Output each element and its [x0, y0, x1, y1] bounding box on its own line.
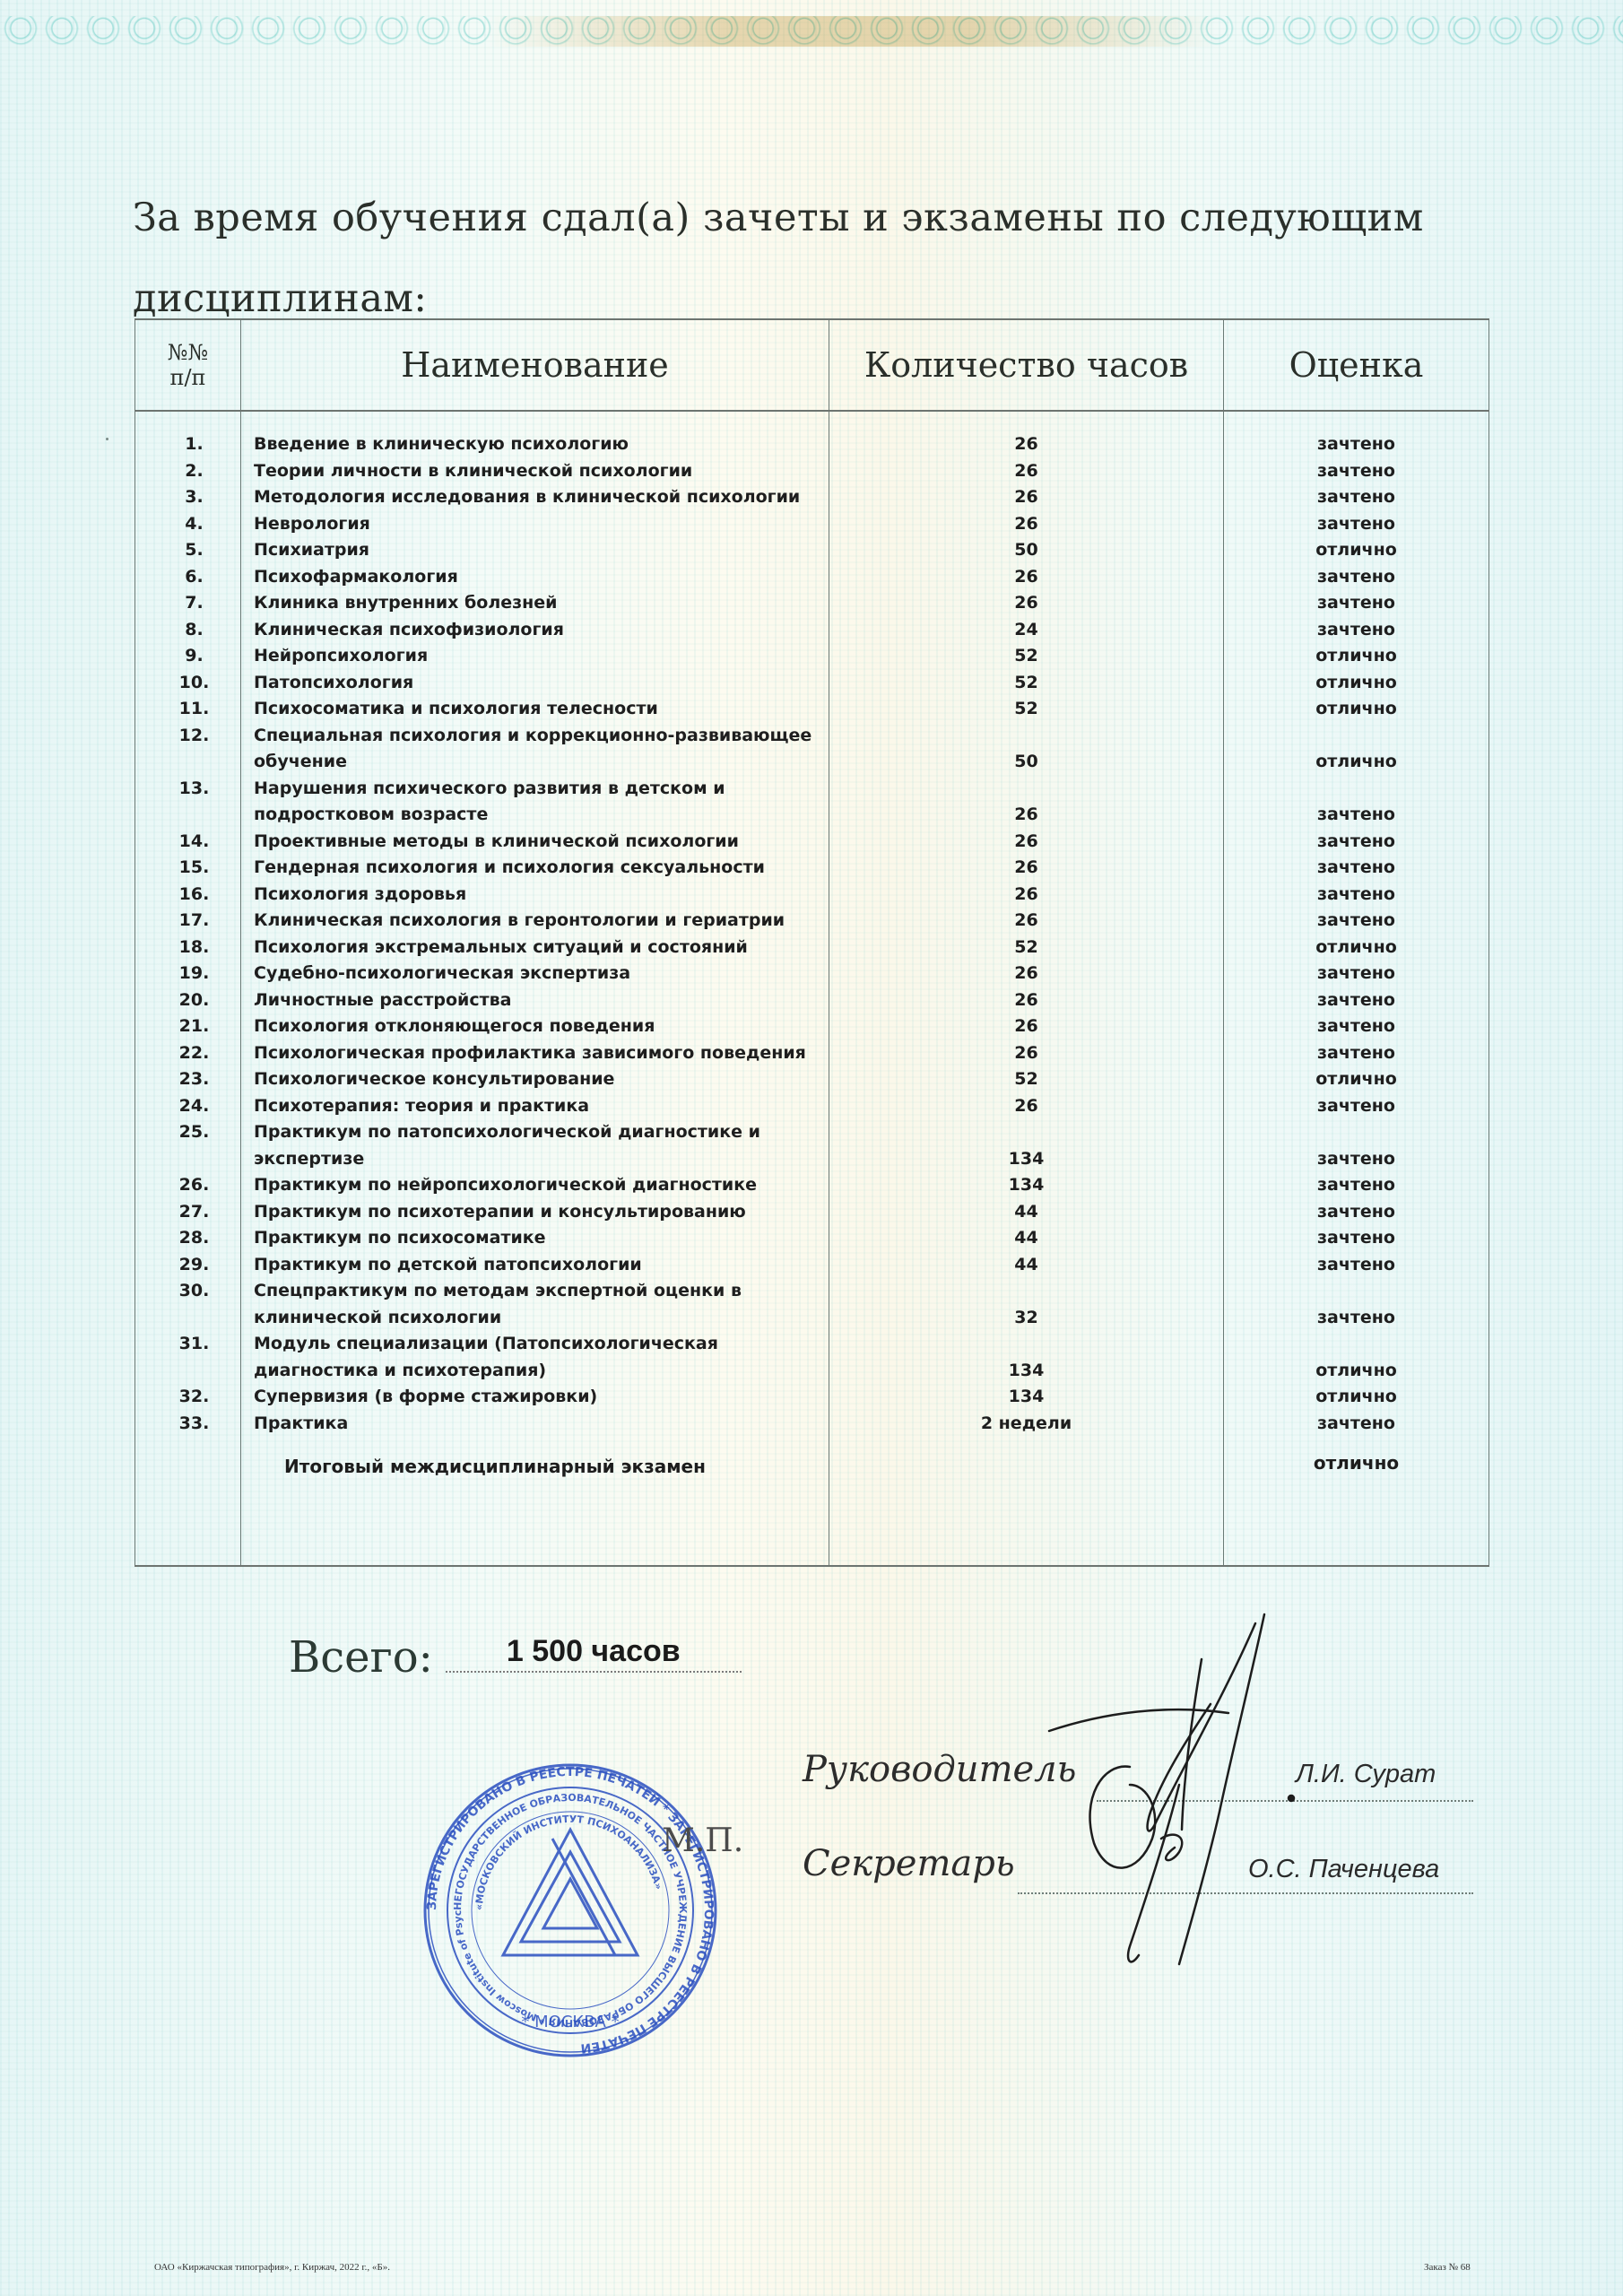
- row-grade: зачтено: [1224, 1093, 1488, 1120]
- row-number: 4.: [135, 511, 240, 538]
- grades-table: №№п/п Наименование Количество часов Оцен…: [135, 318, 1489, 1567]
- handwritten-signature-icon: [995, 1605, 1354, 2018]
- row-hours: [829, 1278, 1223, 1305]
- header-number: №№п/п: [135, 319, 241, 411]
- row-hours: 32: [829, 1305, 1223, 1332]
- row-number: 8.: [135, 617, 240, 644]
- row-number: 14.: [135, 829, 240, 856]
- row-hours: 52: [829, 935, 1223, 961]
- row-number: 29.: [135, 1252, 240, 1279]
- row-grade: зачтено: [1224, 908, 1488, 935]
- row-number: 26.: [135, 1172, 240, 1199]
- row-number: 18.: [135, 935, 240, 961]
- row-number: 16.: [135, 882, 240, 909]
- row-grade: [1224, 1278, 1488, 1305]
- row-discipline-name: Психиатрия: [241, 537, 829, 564]
- row-grade: зачтено: [1224, 617, 1488, 644]
- row-discipline-name: Клиническая психология в геронтологии и …: [241, 908, 829, 935]
- row-grade: зачтено: [1224, 1411, 1488, 1438]
- grade-column: зачтенозачтенозачтенозачтеноотличнозачте…: [1224, 411, 1489, 1566]
- row-hours: 26: [829, 1013, 1223, 1040]
- row-number: 24.: [135, 1093, 240, 1120]
- row-grade: зачтено: [1224, 1172, 1488, 1199]
- row-discipline-name: Спецпрактикум по методам экспертной оцен…: [241, 1278, 829, 1305]
- row-discipline-name: Теории личности в клинической психологии: [241, 458, 829, 485]
- row-hours: 26: [829, 484, 1223, 511]
- row-grade: зачтено: [1224, 1225, 1488, 1252]
- row-grade: зачтено: [1224, 1252, 1488, 1279]
- row-grade: зачтено: [1224, 802, 1488, 829]
- secretary-name: О.С. Паченцева: [1248, 1855, 1439, 1884]
- row-discipline-name: Психологическое консультирование: [241, 1066, 829, 1093]
- row-discipline-name: Патопсихология: [241, 670, 829, 697]
- row-discipline-name: обучение: [241, 749, 829, 776]
- page-heading: За время обучения сдал(а) зачеты и экзам…: [133, 178, 1496, 339]
- row-number: 28.: [135, 1225, 240, 1252]
- row-number: 2.: [135, 458, 240, 485]
- row-number: 9.: [135, 643, 240, 670]
- row-discipline-name: Модуль специализации (Патопсихологическа…: [241, 1331, 829, 1358]
- row-hours: 26: [829, 961, 1223, 987]
- row-hours: 52: [829, 1066, 1223, 1093]
- row-hours: 2 недели: [829, 1411, 1223, 1438]
- row-discipline-name: Психофармакология: [241, 564, 829, 591]
- row-hours: 52: [829, 643, 1223, 670]
- row-hours: 134: [829, 1384, 1223, 1411]
- row-hours: 44: [829, 1199, 1223, 1226]
- row-grade: зачтено: [1224, 564, 1488, 591]
- row-number: 12.: [135, 723, 240, 750]
- row-hours: 26: [829, 564, 1223, 591]
- head-signature-row: Руководитель: [803, 1749, 1076, 1790]
- row-number: 13.: [135, 776, 240, 803]
- row-discipline-name: Нейропсихология: [241, 643, 829, 670]
- triangle-logo-icon: [503, 1830, 638, 1955]
- row-number: 25.: [135, 1119, 240, 1146]
- row-grade: зачтено: [1224, 1199, 1488, 1226]
- row-number: [135, 749, 240, 776]
- row-number: 1.: [135, 431, 240, 458]
- row-discipline-name: экспертизе: [241, 1146, 829, 1173]
- header-grade: Оценка: [1224, 319, 1489, 411]
- row-discipline-name: Практика: [241, 1411, 829, 1438]
- row-grade: отлично: [1224, 1358, 1488, 1385]
- row-grade: зачтено: [1224, 882, 1488, 909]
- row-grade: зачтено: [1224, 1013, 1488, 1040]
- row-number: 5.: [135, 537, 240, 564]
- row-hours: 26: [829, 458, 1223, 485]
- row-grade: [1224, 1119, 1488, 1146]
- secretary-role: Секретарь: [803, 1843, 1015, 1884]
- row-number: [135, 1358, 240, 1385]
- row-discipline-name: Нарушения психического развития в детско…: [241, 776, 829, 803]
- row-number: 27.: [135, 1199, 240, 1226]
- row-hours: 26: [829, 829, 1223, 856]
- row-number: [135, 1305, 240, 1332]
- row-discipline-name: Практикум по детской патопсихологии: [241, 1252, 829, 1279]
- row-discipline-name: Клиника внутренних болезней: [241, 590, 829, 617]
- row-grade: отлично: [1224, 1384, 1488, 1411]
- row-grade: отлично: [1224, 670, 1488, 697]
- row-hours: 44: [829, 1252, 1223, 1279]
- row-grade: зачтено: [1224, 484, 1488, 511]
- row-grade: [1224, 776, 1488, 803]
- row-grade: отлично: [1224, 696, 1488, 723]
- secretary-signature-line: [1018, 1892, 1473, 1894]
- row-number: 22.: [135, 1040, 240, 1067]
- row-hours: 26: [829, 882, 1223, 909]
- row-number: 21.: [135, 1013, 240, 1040]
- row-grade: зачтено: [1224, 1305, 1488, 1332]
- row-grade: зачтено: [1224, 590, 1488, 617]
- decorative-guilloche-border: [0, 16, 1623, 47]
- row-grade: зачтено: [1224, 829, 1488, 856]
- hours-column: 2626262650262624525252 50 26262626265226…: [829, 411, 1224, 1566]
- row-grade: [1224, 723, 1488, 750]
- row-discipline-name: Методология исследования в клинической п…: [241, 484, 829, 511]
- row-hours: [829, 776, 1223, 803]
- header-name: Наименование: [241, 319, 829, 411]
- row-number: 20.: [135, 987, 240, 1014]
- header-hours: Количество часов: [829, 319, 1224, 411]
- row-number: 30.: [135, 1278, 240, 1305]
- head-name: Л.И. Сурат: [1296, 1760, 1436, 1789]
- total-hours: Всего:1 500 часов: [289, 1632, 742, 1683]
- row-hours: 52: [829, 696, 1223, 723]
- row-hours: 44: [829, 1225, 1223, 1252]
- row-discipline-name: Практикум по психосоматике: [241, 1225, 829, 1252]
- row-discipline-name: Судебно-психологическая экспертиза: [241, 961, 829, 987]
- row-hours: 134: [829, 1358, 1223, 1385]
- row-discipline-name: Клиническая психофизиология: [241, 617, 829, 644]
- row-number: 23.: [135, 1066, 240, 1093]
- row-number: 11.: [135, 696, 240, 723]
- row-hours: 52: [829, 670, 1223, 697]
- row-grade: зачтено: [1224, 855, 1488, 882]
- institution-stamp: ЗАРЕГИСТРИРОВАНО В РЕЕСТРЕ ПЕЧАТЕЙ * ЗАР…: [418, 1762, 723, 2058]
- row-discipline-name: Психосоматика и психология телесности: [241, 696, 829, 723]
- row-discipline-name: Практикум по психотерапии и консультиров…: [241, 1199, 829, 1226]
- row-hours: [829, 1119, 1223, 1146]
- row-discipline-name: Практикум по нейропсихологической диагно…: [241, 1172, 829, 1199]
- name-column: Введение в клиническую психологиюТеории …: [241, 411, 829, 1566]
- row-discipline-name: Специальная психология и коррекционно-ра…: [241, 723, 829, 750]
- row-hours: [829, 723, 1223, 750]
- row-discipline-name: подростковом возрасте: [241, 802, 829, 829]
- seal-place-mark: М.П.: [662, 1822, 743, 1859]
- row-number: [135, 1146, 240, 1173]
- head-role: Руководитель: [803, 1749, 1076, 1790]
- row-number: 33.: [135, 1411, 240, 1438]
- row-grade: зачтено: [1224, 458, 1488, 485]
- row-discipline-name: Гендерная психология и психология сексуа…: [241, 855, 829, 882]
- number-column: 1.2.3.4.5.6.7.8.9.10.11.12. 13. 14.15.16…: [135, 411, 241, 1566]
- row-hours: 26: [829, 1093, 1223, 1120]
- row-discipline-name: Психотерапия: теория и практика: [241, 1093, 829, 1120]
- row-grade: отлично: [1224, 643, 1488, 670]
- row-number: 19.: [135, 961, 240, 987]
- secretary-signature-row: Секретарь: [803, 1843, 1015, 1884]
- row-discipline-name: диагностика и психотерапия): [241, 1358, 829, 1385]
- row-hours: 26: [829, 987, 1223, 1014]
- row-hours: 26: [829, 855, 1223, 882]
- table-body: 1.2.3.4.5.6.7.8.9.10.11.12. 13. 14.15.16…: [135, 411, 1489, 1566]
- row-number: 3.: [135, 484, 240, 511]
- order-number: Заказ № 68: [1424, 2262, 1471, 2273]
- row-number: 17.: [135, 908, 240, 935]
- head-signature-line: [1097, 1800, 1473, 1802]
- row-number: 15.: [135, 855, 240, 882]
- total-value: 1 500 часов: [446, 1634, 742, 1673]
- row-discipline-name: Психология экстремальных ситуаций и сост…: [241, 935, 829, 961]
- row-grade: зачтено: [1224, 987, 1488, 1014]
- row-number: [135, 802, 240, 829]
- svg-text:* МОСКВА *: * МОСКВА *: [521, 2013, 619, 2031]
- row-discipline-name: Психология здоровья: [241, 882, 829, 909]
- row-number: 10.: [135, 670, 240, 697]
- row-number: 32.: [135, 1384, 240, 1411]
- row-number: 6.: [135, 564, 240, 591]
- printer-imprint: ОАО «Киржачская типография», г. Киржач, …: [154, 2262, 390, 2273]
- row-grade: [1224, 1331, 1488, 1358]
- total-label: Всего:: [289, 1632, 433, 1683]
- row-number: 31.: [135, 1331, 240, 1358]
- row-grade: зачтено: [1224, 1040, 1488, 1067]
- row-hours: 26: [829, 1040, 1223, 1067]
- row-hours: 26: [829, 431, 1223, 458]
- row-grade: отлично: [1224, 1066, 1488, 1093]
- row-discipline-name: Введение в клиническую психологию: [241, 431, 829, 458]
- row-grade: отлично: [1224, 749, 1488, 776]
- row-hours: 26: [829, 590, 1223, 617]
- final-exam-grade: отлично: [1224, 1449, 1488, 1476]
- row-hours: 134: [829, 1172, 1223, 1199]
- row-hours: 24: [829, 617, 1223, 644]
- row-hours: 26: [829, 511, 1223, 538]
- row-grade: зачтено: [1224, 511, 1488, 538]
- row-grade: зачтено: [1224, 431, 1488, 458]
- row-hours: 26: [829, 802, 1223, 829]
- scan-artifact: [106, 438, 108, 440]
- row-discipline-name: Личностные расстройства: [241, 987, 829, 1014]
- row-hours: 50: [829, 749, 1223, 776]
- row-hours: [829, 1331, 1223, 1358]
- row-discipline-name: клинической психологии: [241, 1305, 829, 1332]
- row-hours: 50: [829, 537, 1223, 564]
- row-grade: отлично: [1224, 935, 1488, 961]
- row-discipline-name: Супервизия (в форме стажировки): [241, 1384, 829, 1411]
- row-grade: зачтено: [1224, 961, 1488, 987]
- row-discipline-name: Проективные методы в клинической психоло…: [241, 829, 829, 856]
- final-exam-name: Итоговый междисциплинарный экзамен: [241, 1453, 829, 1480]
- table-header-row: №№п/п Наименование Количество часов Оцен…: [135, 319, 1489, 411]
- row-grade: зачтено: [1224, 1146, 1488, 1173]
- row-discipline-name: Неврология: [241, 511, 829, 538]
- row-grade: отлично: [1224, 537, 1488, 564]
- row-hours: 26: [829, 908, 1223, 935]
- row-hours: 134: [829, 1146, 1223, 1173]
- row-discipline-name: Практикум по патопсихологической диагнос…: [241, 1119, 829, 1146]
- row-number: 7.: [135, 590, 240, 617]
- row-discipline-name: Психологическая профилактика зависимого …: [241, 1040, 829, 1067]
- row-discipline-name: Психология отклоняющегося поведения: [241, 1013, 829, 1040]
